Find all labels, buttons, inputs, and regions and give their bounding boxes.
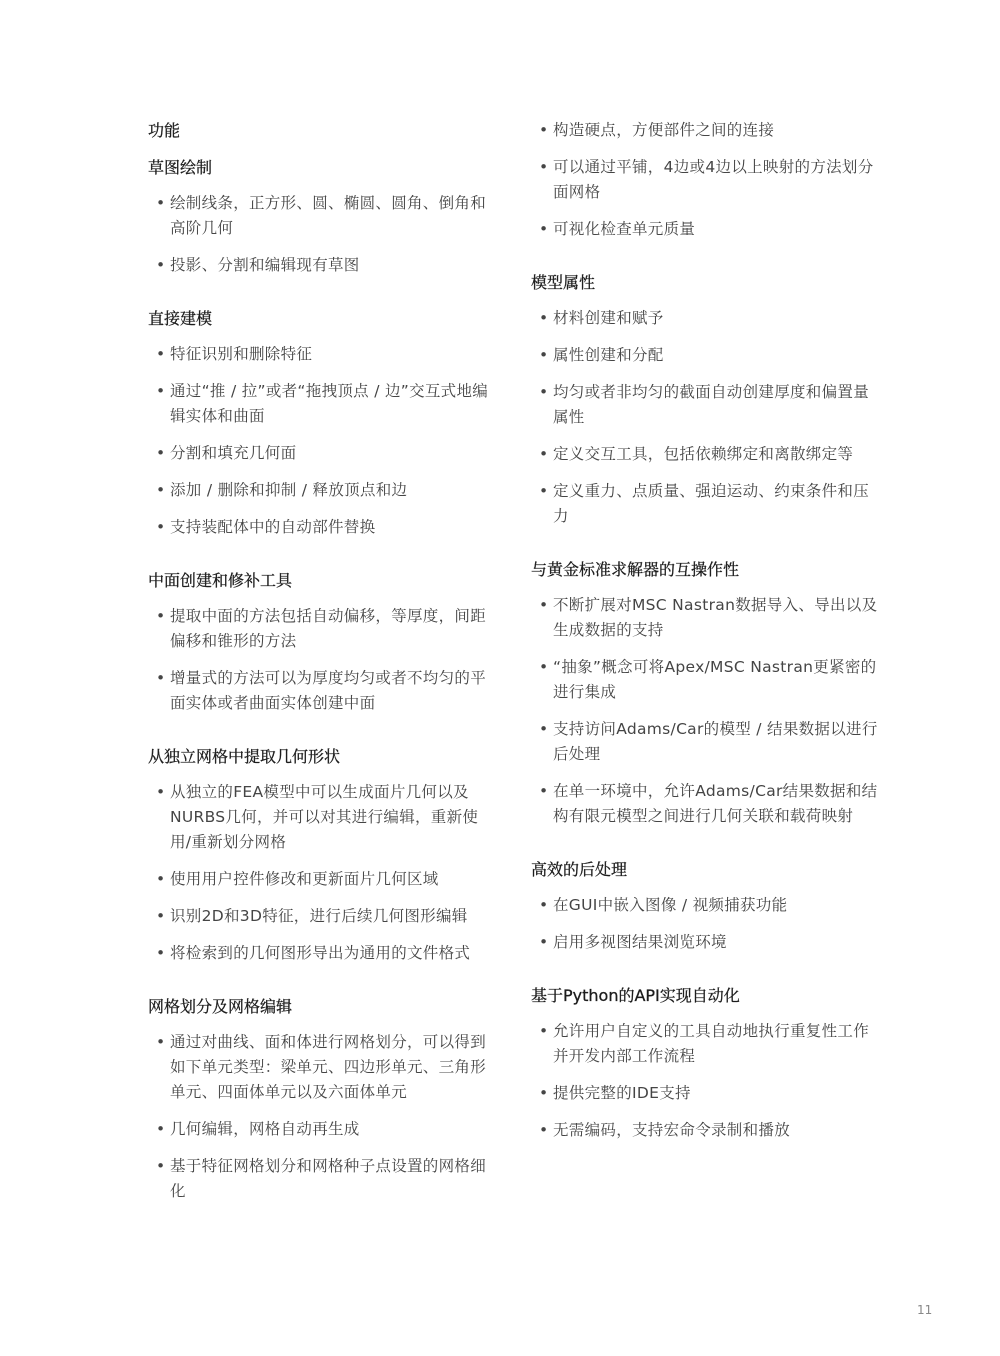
list-item-text: “抽象”概念可将Apex/MSC Nastran更紧密的进行集成 (553, 658, 876, 701)
right-sections: 模型属性•材料创建和赋予•属性创建和分配•均匀或者非均匀的截面自动创建厚度和偏置… (531, 270, 881, 1143)
list-item-text: 在单一环境中，允许Adams/Car结果数据和结构有限元模型之间进行几何关联和载… (553, 782, 877, 825)
page-title: 功能 (148, 118, 498, 144)
bullet-icon: • (156, 1117, 165, 1142)
list-item-text: 添加 / 删除和抑制 / 释放顶点和边 (170, 481, 407, 499)
bullet-icon: • (539, 779, 548, 804)
bullet-list: •从独立的FEA模型中可以生成面片几何以及NURBS几何，并可以对其进行编辑，重… (148, 780, 498, 966)
list-item-text: 分割和填充几何面 (170, 444, 296, 462)
bullet-icon: • (156, 478, 165, 503)
list-item-text: 启用多视图结果浏览环境 (553, 933, 727, 951)
list-item-text: 在GUI中嵌入图像 / 视频捕获功能 (553, 896, 787, 914)
bullet-list: •绘制线条，正方形、圆、椭圆、圆角、倒角和高阶几何•投影、分割和编辑现有草图 (148, 191, 498, 278)
list-item: •在GUI中嵌入图像 / 视频捕获功能 (531, 893, 881, 918)
list-item-text: 无需编码，支持宏命令录制和播放 (553, 1121, 790, 1139)
list-item: •支持访问Adams/Car的模型 / 结果数据以进行后处理 (531, 717, 881, 767)
list-item: •分割和填充几何面 (148, 441, 498, 466)
section-heading: 中面创建和修补工具 (148, 568, 498, 594)
bullet-icon: • (539, 343, 548, 368)
list-item: •绘制线条，正方形、圆、椭圆、圆角、倒角和高阶几何 (148, 191, 498, 241)
section-heading: 网格划分及网格编辑 (148, 994, 498, 1020)
list-item-text: 提供完整的IDE支持 (553, 1084, 691, 1102)
bullet-icon: • (156, 379, 165, 404)
list-item: •提供完整的IDE支持 (531, 1081, 881, 1106)
section-continued-mesh: •构造硬点，方便部件之间的连接•可以通过平铺，4边或4边以上映射的方法划分面网格… (531, 118, 881, 242)
list-item: •识别2D和3D特征，进行后续几何图形编辑 (148, 904, 498, 929)
list-item-text: 通过“推 / 拉”或者“拖拽顶点 / 边”交互式地编辑实体和曲面 (170, 382, 488, 425)
bullet-icon: • (539, 118, 548, 143)
section: 网格划分及网格编辑•通过对曲线、面和体进行网格划分，可以得到如下单元类型：梁单元… (148, 994, 498, 1204)
bullet-list: •提取中面的方法包括自动偏移，等厚度，间距偏移和锥形的方法•增量式的方法可以为厚… (148, 604, 498, 716)
section: 基于Python的API实现自动化•允许用户自定义的工具自动地执行重复性工作并开… (531, 983, 881, 1143)
list-item-text: 几何编辑，网格自动再生成 (170, 1120, 360, 1138)
list-item-text: 将检索到的几何图形导出为通用的文件格式 (170, 944, 470, 962)
bullet-icon: • (539, 1081, 548, 1106)
bullet-icon: • (156, 604, 165, 629)
list-item: •投影、分割和编辑现有草图 (148, 253, 498, 278)
bullet-list: •在GUI中嵌入图像 / 视频捕获功能•启用多视图结果浏览环境 (531, 893, 881, 955)
section: 草图绘制•绘制线条，正方形、圆、椭圆、圆角、倒角和高阶几何•投影、分割和编辑现有… (148, 155, 498, 278)
bullet-icon: • (539, 1019, 548, 1044)
bullet-icon: • (156, 1030, 165, 1055)
list-item: •材料创建和赋予 (531, 306, 881, 331)
bullet-icon: • (156, 441, 165, 466)
bullet-icon: • (156, 342, 165, 367)
section: 直接建模•特征识别和删除特征•通过“推 / 拉”或者“拖拽顶点 / 边”交互式地… (148, 306, 498, 540)
bullet-icon: • (539, 306, 548, 331)
bullet-icon: • (539, 217, 548, 242)
bullet-icon: • (539, 380, 548, 405)
list-item-text: 增量式的方法可以为厚度均匀或者不均匀的平面实体或者曲面实体创建中面 (170, 669, 486, 712)
list-item-text: 构造硬点，方便部件之间的连接 (553, 121, 774, 139)
list-item: •可以通过平铺，4边或4边以上映射的方法划分面网格 (531, 155, 881, 205)
page-number: 11 (917, 1303, 932, 1317)
bullet-icon: • (539, 717, 548, 742)
list-item-text: 支持访问Adams/Car的模型 / 结果数据以进行后处理 (553, 720, 878, 763)
list-item: •从独立的FEA模型中可以生成面片几何以及NURBS几何，并可以对其进行编辑，重… (148, 780, 498, 855)
list-item: •特征识别和删除特征 (148, 342, 498, 367)
list-item-text: 均匀或者非均匀的截面自动创建厚度和偏置量属性 (553, 383, 869, 426)
section-heading: 高效的后处理 (531, 857, 881, 883)
bullet-icon: • (156, 1154, 165, 1179)
bullet-icon: • (539, 593, 548, 618)
bullet-icon: • (539, 1118, 548, 1143)
list-item: •属性创建和分配 (531, 343, 881, 368)
section-heading: 模型属性 (531, 270, 881, 296)
bullet-icon: • (539, 655, 548, 680)
list-item-text: 属性创建和分配 (553, 346, 664, 364)
list-item: •添加 / 删除和抑制 / 释放顶点和边 (148, 478, 498, 503)
right-column: •构造硬点，方便部件之间的连接•可以通过平铺，4边或4边以上映射的方法划分面网格… (531, 118, 881, 1171)
list-item: •“抽象”概念可将Apex/MSC Nastran更紧密的进行集成 (531, 655, 881, 705)
section: 与黄金标准求解器的互操作性•不断扩展对MSC Nastran数据导入、导出以及生… (531, 557, 881, 829)
list-item: •将检索到的几何图形导出为通用的文件格式 (148, 941, 498, 966)
list-item-text: 可视化检查单元质量 (553, 220, 695, 238)
section: 中面创建和修补工具•提取中面的方法包括自动偏移，等厚度，间距偏移和锥形的方法•增… (148, 568, 498, 716)
section-heading: 从独立网格中提取几何形状 (148, 744, 498, 770)
list-item-text: 绘制线条，正方形、圆、椭圆、圆角、倒角和高阶几何 (170, 194, 486, 237)
list-item: •基于特征网格划分和网格种子点设置的网格细化 (148, 1154, 498, 1204)
bullet-list: •材料创建和赋予•属性创建和分配•均匀或者非均匀的截面自动创建厚度和偏置量属性•… (531, 306, 881, 529)
list-item-text: 定义交互工具，包括依赖绑定和离散绑定等 (553, 445, 853, 463)
list-item-text: 从独立的FEA模型中可以生成面片几何以及NURBS几何，并可以对其进行编辑，重新… (170, 783, 478, 851)
bullet-list: •不断扩展对MSC Nastran数据导入、导出以及生成数据的支持•“抽象”概念… (531, 593, 881, 829)
list-item-text: 基于特征网格划分和网格种子点设置的网格细化 (170, 1157, 486, 1200)
list-item: •几何编辑，网格自动再生成 (148, 1117, 498, 1142)
list-item: •在单一环境中，允许Adams/Car结果数据和结构有限元模型之间进行几何关联和… (531, 779, 881, 829)
bullet-icon: • (156, 867, 165, 892)
list-item-text: 使用用户控件修改和更新面片几何区域 (170, 870, 439, 888)
left-column: 功能 草图绘制•绘制线条，正方形、圆、椭圆、圆角、倒角和高阶几何•投影、分割和编… (148, 118, 498, 1232)
list-item: •均匀或者非均匀的截面自动创建厚度和偏置量属性 (531, 380, 881, 430)
bullet-icon: • (156, 666, 165, 691)
bullet-icon: • (539, 479, 548, 504)
bullet-list: •特征识别和删除特征•通过“推 / 拉”或者“拖拽顶点 / 边”交互式地编辑实体… (148, 342, 498, 540)
bullet-icon: • (156, 253, 165, 278)
list-item-text: 支持装配体中的自动部件替换 (170, 518, 375, 536)
section: 模型属性•材料创建和赋予•属性创建和分配•均匀或者非均匀的截面自动创建厚度和偏置… (531, 270, 881, 529)
list-item: •启用多视图结果浏览环境 (531, 930, 881, 955)
bullet-icon: • (156, 941, 165, 966)
list-item-text: 投影、分割和编辑现有草图 (170, 256, 360, 274)
list-item-text: 特征识别和删除特征 (170, 345, 312, 363)
list-item-text: 可以通过平铺，4边或4边以上映射的方法划分面网格 (553, 158, 874, 201)
list-item: •允许用户自定义的工具自动地执行重复性工作并开发内部工作流程 (531, 1019, 881, 1069)
list-item-text: 材料创建和赋予 (553, 309, 664, 327)
list-item: •支持装配体中的自动部件替换 (148, 515, 498, 540)
continued-list: •构造硬点，方便部件之间的连接•可以通过平铺，4边或4边以上映射的方法划分面网格… (531, 118, 881, 242)
list-item: •提取中面的方法包括自动偏移，等厚度，间距偏移和锥形的方法 (148, 604, 498, 654)
list-item: •定义交互工具，包括依赖绑定和离散绑定等 (531, 442, 881, 467)
list-item: •增量式的方法可以为厚度均匀或者不均匀的平面实体或者曲面实体创建中面 (148, 666, 498, 716)
list-item: •构造硬点，方便部件之间的连接 (531, 118, 881, 143)
list-item: •使用用户控件修改和更新面片几何区域 (148, 867, 498, 892)
list-item: •通过“推 / 拉”或者“拖拽顶点 / 边”交互式地编辑实体和曲面 (148, 379, 498, 429)
list-item-text: 识别2D和3D特征，进行后续几何图形编辑 (170, 907, 468, 925)
bullet-icon: • (539, 930, 548, 955)
list-item: •可视化检查单元质量 (531, 217, 881, 242)
bullet-list: •允许用户自定义的工具自动地执行重复性工作并开发内部工作流程•提供完整的IDE支… (531, 1019, 881, 1143)
bullet-icon: • (156, 904, 165, 929)
section-heading: 草图绘制 (148, 155, 498, 181)
list-item: •定义重力、点质量、强迫运动、约束条件和压力 (531, 479, 881, 529)
bullet-icon: • (539, 155, 548, 180)
bullet-icon: • (539, 442, 548, 467)
list-item-text: 通过对曲线、面和体进行网格划分，可以得到如下单元类型：梁单元、四边形单元、三角形… (170, 1033, 486, 1101)
section: 高效的后处理•在GUI中嵌入图像 / 视频捕获功能•启用多视图结果浏览环境 (531, 857, 881, 955)
section-heading: 直接建模 (148, 306, 498, 332)
list-item-text: 提取中面的方法包括自动偏移，等厚度，间距偏移和锥形的方法 (170, 607, 486, 650)
section: 从独立网格中提取几何形状•从独立的FEA模型中可以生成面片几何以及NURBS几何… (148, 744, 498, 966)
bullet-icon: • (156, 780, 165, 805)
list-item: •不断扩展对MSC Nastran数据导入、导出以及生成数据的支持 (531, 593, 881, 643)
left-sections: 草图绘制•绘制线条，正方形、圆、椭圆、圆角、倒角和高阶几何•投影、分割和编辑现有… (148, 155, 498, 1204)
list-item-text: 定义重力、点质量、强迫运动、约束条件和压力 (553, 482, 869, 525)
bullet-icon: • (156, 515, 165, 540)
section-heading: 基于Python的API实现自动化 (531, 983, 881, 1009)
bullet-icon: • (156, 191, 165, 216)
list-item: •通过对曲线、面和体进行网格划分，可以得到如下单元类型：梁单元、四边形单元、三角… (148, 1030, 498, 1105)
list-item-text: 允许用户自定义的工具自动地执行重复性工作并开发内部工作流程 (553, 1022, 869, 1065)
bullet-list: •通过对曲线、面和体进行网格划分，可以得到如下单元类型：梁单元、四边形单元、三角… (148, 1030, 498, 1204)
list-item: •无需编码，支持宏命令录制和播放 (531, 1118, 881, 1143)
list-item-text: 不断扩展对MSC Nastran数据导入、导出以及生成数据的支持 (553, 596, 877, 639)
section-heading: 与黄金标准求解器的互操作性 (531, 557, 881, 583)
bullet-icon: • (539, 893, 548, 918)
